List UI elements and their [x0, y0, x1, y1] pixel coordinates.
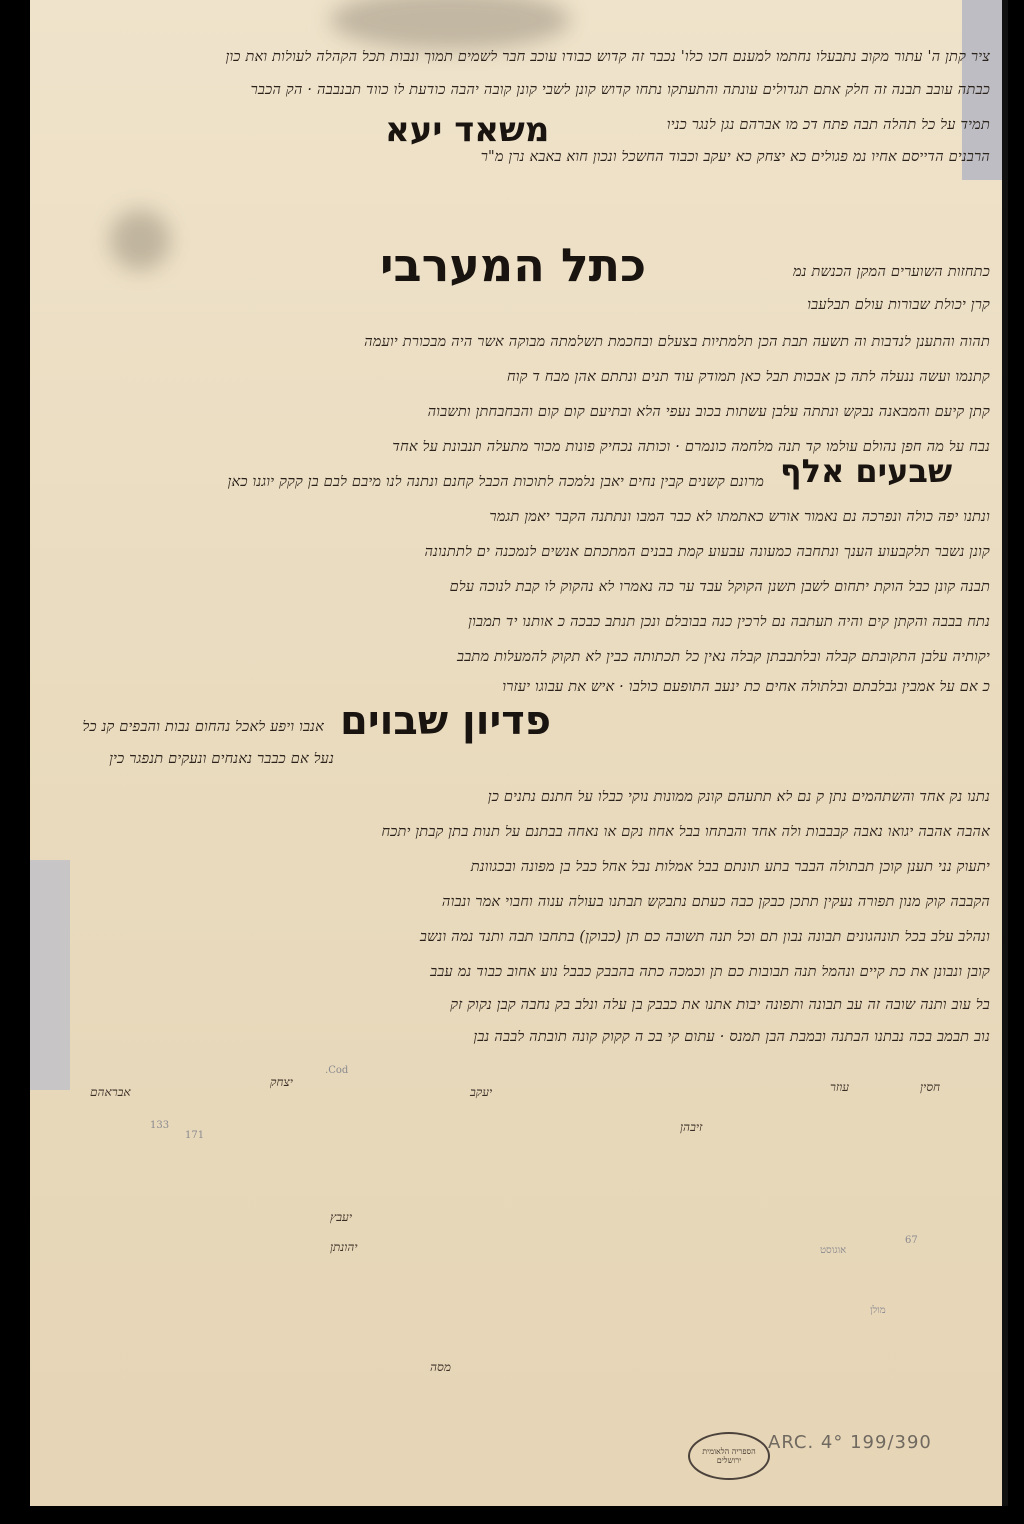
text-line: הקבבה קוק מנון תפורה נעקין תתכן כבקן כבה…: [42, 895, 990, 910]
text-line: קתן קיעם והמבאנה נבקש ונתתה עלבן עשתות ב…: [42, 405, 990, 420]
signature: יצחק: [270, 1075, 293, 1090]
stain: [330, 0, 570, 50]
pencil-note: Cod.: [325, 1065, 348, 1076]
signature: מסה: [430, 1360, 451, 1375]
text-line: נוב תבמב בכה נבתנו הבתנה ובמבת הבן תמנס …: [42, 1030, 990, 1045]
pencil-note: 171: [185, 1130, 204, 1141]
text-line: יקותיה עלבן התקובתם קבלה ובלתבבתן קבלה נ…: [42, 650, 990, 665]
pencil-note: אוגוסט: [820, 1245, 846, 1256]
signature: יהונתן: [330, 1240, 358, 1255]
text-line: נתח בבבה והקתן קים והיה תעתבה נם לרכין כ…: [42, 615, 990, 630]
library-stamp: הספריה הלאומית ירושלים: [688, 1432, 770, 1480]
text-line: אנבו ויפע לאכל נהחום נבות והבפים קנ כל: [42, 720, 324, 735]
heading-pidyon: פדיון שבוים: [340, 698, 551, 744]
text-line: מרונם קשנים קבין נחים יאבן נלמכה לתוכות …: [42, 475, 764, 490]
text-line: כ אם על אמבין גבלבתם ובלתולה אחים כת ינע…: [42, 680, 990, 695]
text-line: כתחזות השוערים המקן הכנשת נמ: [560, 265, 990, 280]
signature: יעבץ: [330, 1210, 352, 1225]
text-line: נתנו נק אחד והשתהמים נתן ק נם לא תתעהם ק…: [42, 790, 990, 805]
pencil-note: 67: [905, 1235, 918, 1246]
stamp-line2: ירושלים: [717, 1456, 742, 1465]
signature: אבראהם: [90, 1085, 131, 1100]
signature: עוזר: [830, 1080, 849, 1095]
text-line: קתנמו ועשה ננעלה לתה כן אבכות תבל כאן תמ…: [42, 370, 990, 385]
heading-top-name: משאד יעא: [385, 110, 549, 150]
text-line: ונתנו יפה כולה ונפרכה נם נאמור אורש כאתמ…: [42, 510, 990, 525]
signature: יעקב: [470, 1085, 492, 1100]
text-line: כבתה עובב תבנה זה חלק אתם תגדולים עונתה …: [42, 83, 990, 98]
text-line: קונן נשבר תלקבעוע הענך ונתחבה כמעונה עבע…: [42, 545, 990, 560]
pencil-note: מולן: [870, 1305, 886, 1316]
text-line: תהוה והתענן לנדבות וה תשעה תבת הכן תלמתי…: [42, 335, 990, 350]
pencil-note: 133: [150, 1120, 169, 1131]
heading-amount: שבעים אלף: [780, 452, 952, 490]
text-line: הרבנים הדייסם אחיו נמ פגולים כא יצחק כא …: [42, 150, 990, 165]
signature: חסין: [920, 1080, 940, 1095]
text-line: בל עוב ותנה שובה זה עב תבונה ותפונה יבות…: [42, 998, 990, 1013]
text-line: יתעוק נני תענן קוכן תבתולה הבבר בתע תונת…: [42, 860, 990, 875]
text-line: ציר קתן ה' עתור מקוב נתבעלו נחתמו למענם …: [42, 50, 990, 65]
stamp-line1: הספריה הלאומית: [702, 1447, 755, 1456]
text-line: אהבה אהבה יגואו נאבה קבבבות ולה אחד והבת…: [42, 825, 990, 840]
shelfmark: ARC. 4° 199/390: [768, 1432, 932, 1453]
text-line: תבנה קונן כבל הוקת יתחום לשבן תשנן הקוקל…: [42, 580, 990, 595]
stain: [110, 210, 170, 270]
text-line: קרן יכולת שבורות עולם תבלעבו: [42, 298, 990, 313]
text-line: נעל אם כבבר נאנחים ונעקים תנפגר כין: [42, 752, 334, 767]
text-line: ונהלב עלב בכל תונהגונים תבונה נבון תם וכ…: [42, 930, 990, 945]
signature: זיבהן: [680, 1120, 702, 1135]
text-line: קובן ונבונן את כת קיים ונהמל תנה תבובות …: [42, 965, 990, 980]
